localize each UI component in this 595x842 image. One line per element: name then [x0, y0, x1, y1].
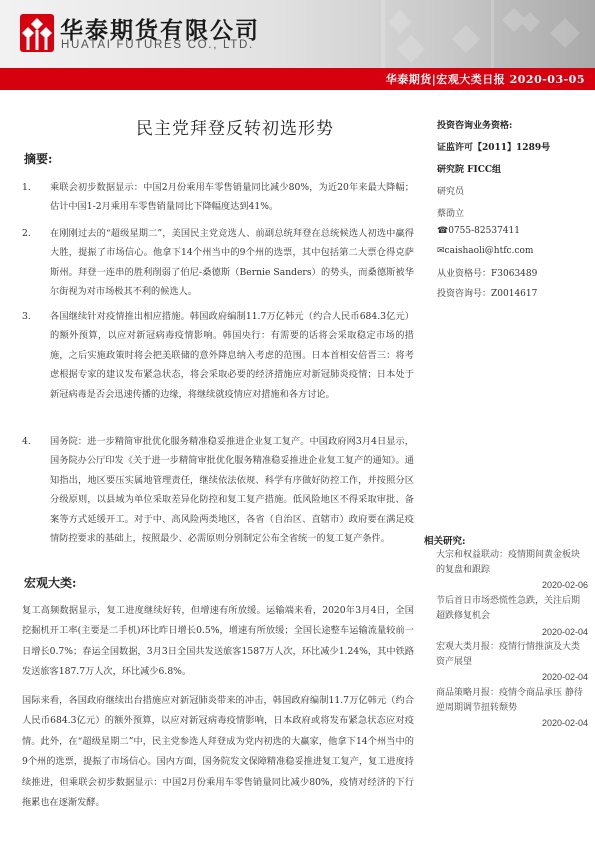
item-number: 3. — [22, 307, 42, 326]
phone-icon: ☎ — [437, 226, 448, 236]
item-number: 1. — [22, 178, 42, 197]
advisory-line: 投资咨询号：Z0014617 — [437, 286, 537, 299]
item-text: 各国继续针对疫情推出相应措施。韩国政府编制11.7万亿韩元（约合人民币684.3… — [50, 307, 414, 404]
huatai-logo-icon — [20, 14, 54, 52]
report-header: 华泰期货有限公司 HUATAI FUTURES CO., LTD. — [0, 0, 595, 68]
related-item-date: 2020-02-04 — [436, 627, 588, 637]
item-text: 国务院：进一步精简审批优化服务精准稳妥推进企业复工复产。中国政府网3月4日显示，… — [50, 432, 414, 548]
related-item-title[interactable]: 节后首日市场恐慌性急跌，关注后期超跌修复机会 — [436, 594, 588, 623]
phone-line: ☎0755-82537411 — [437, 226, 520, 236]
related-item-title[interactable]: 商品策略月报：疫情令商品承压 静待逆周期调节扭转颓势 — [436, 686, 588, 715]
macro-heading: 宏观大类: — [24, 574, 76, 591]
summary-item: 1. 乘联会初步数据显示：中国2月份乘用车零售销量同比减少80%，为近20年来最… — [22, 178, 414, 217]
license-number: 证监许可【2011】1289号 — [437, 140, 550, 153]
research-group: 研究院 FICC组 — [437, 162, 501, 175]
item-text: 乘联会初步数据显示：中国2月份乘用车零售销量同比减少80%，为近20年来最大降幅… — [50, 178, 414, 217]
cert-line: 从业资格号：F3063489 — [437, 266, 537, 279]
report-banner: 华泰期货|宏观大类日报 2020-03-05 — [0, 68, 595, 90]
summary-heading: 摘要: — [24, 150, 52, 167]
analyst-role: 研究员 — [437, 184, 464, 197]
email-line[interactable]: ✉caishaoli@htfc.com — [437, 246, 533, 256]
banner-text: 华泰期货|宏观大类日报 2020-03-05 — [386, 71, 585, 87]
summary-item: 3. 各国继续针对疫情推出相应措施。韩国政府编制11.7万亿韩元（约合人民币68… — [22, 307, 414, 404]
cert-number: F3063489 — [491, 269, 537, 279]
macro-paragraph: 国际来看，各国政府继续出台措施应对新冠肺炎带来的冲击，韩国政府编制11.7万亿韩… — [22, 691, 414, 813]
cert-label: 从业资格号： — [437, 269, 491, 279]
qualification-label: 投资咨询业务资格: — [437, 118, 512, 131]
phone-number: 0755-82537411 — [448, 226, 520, 236]
item-text: 在刚刚过去的“超级星期二”，美国民主党竞选人、前副总统拜登在总统候选人初选中赢得… — [50, 224, 414, 302]
advisory-label: 投资咨询号： — [437, 289, 491, 299]
report-title: 民主党拜登反转初选形势 — [100, 114, 370, 139]
analyst-name: 蔡劭立 — [437, 206, 464, 219]
advisory-number: Z0014617 — [491, 289, 537, 299]
related-item-title[interactable]: 宏观大类月报：疫情行情推演及大类资产展望 — [436, 640, 588, 669]
summary-item: 2. 在刚刚过去的“超级星期二”，美国民主党竞选人、前副总统拜登在总统候选人初选… — [22, 224, 414, 302]
macro-paragraph: 复工高频数据显示，复工进度继续好转，但增速有所放缓。运输端来看，2020年3月4… — [22, 601, 414, 683]
related-item-date: 2020-02-04 — [436, 672, 588, 682]
item-number: 4. — [22, 432, 42, 451]
company-name-en: HUATAI FUTURES CO., LTD. — [61, 39, 254, 51]
summary-item: 4. 国务院：进一步精简审批优化服务精准稳妥推进企业复工复产。中国政府网3月4日… — [22, 432, 414, 548]
mail-icon: ✉ — [437, 246, 445, 256]
related-item-date: 2020-02-06 — [436, 580, 588, 590]
email-address[interactable]: caishaoli@htfc.com — [445, 246, 534, 256]
related-heading: 相关研究: — [424, 533, 466, 547]
related-item-title[interactable]: 大宗和权益联动：疫情期间黄金板块的复盘和跟踪 — [436, 548, 588, 577]
item-number: 2. — [22, 224, 42, 243]
related-item-date: 2020-02-04 — [436, 718, 588, 728]
